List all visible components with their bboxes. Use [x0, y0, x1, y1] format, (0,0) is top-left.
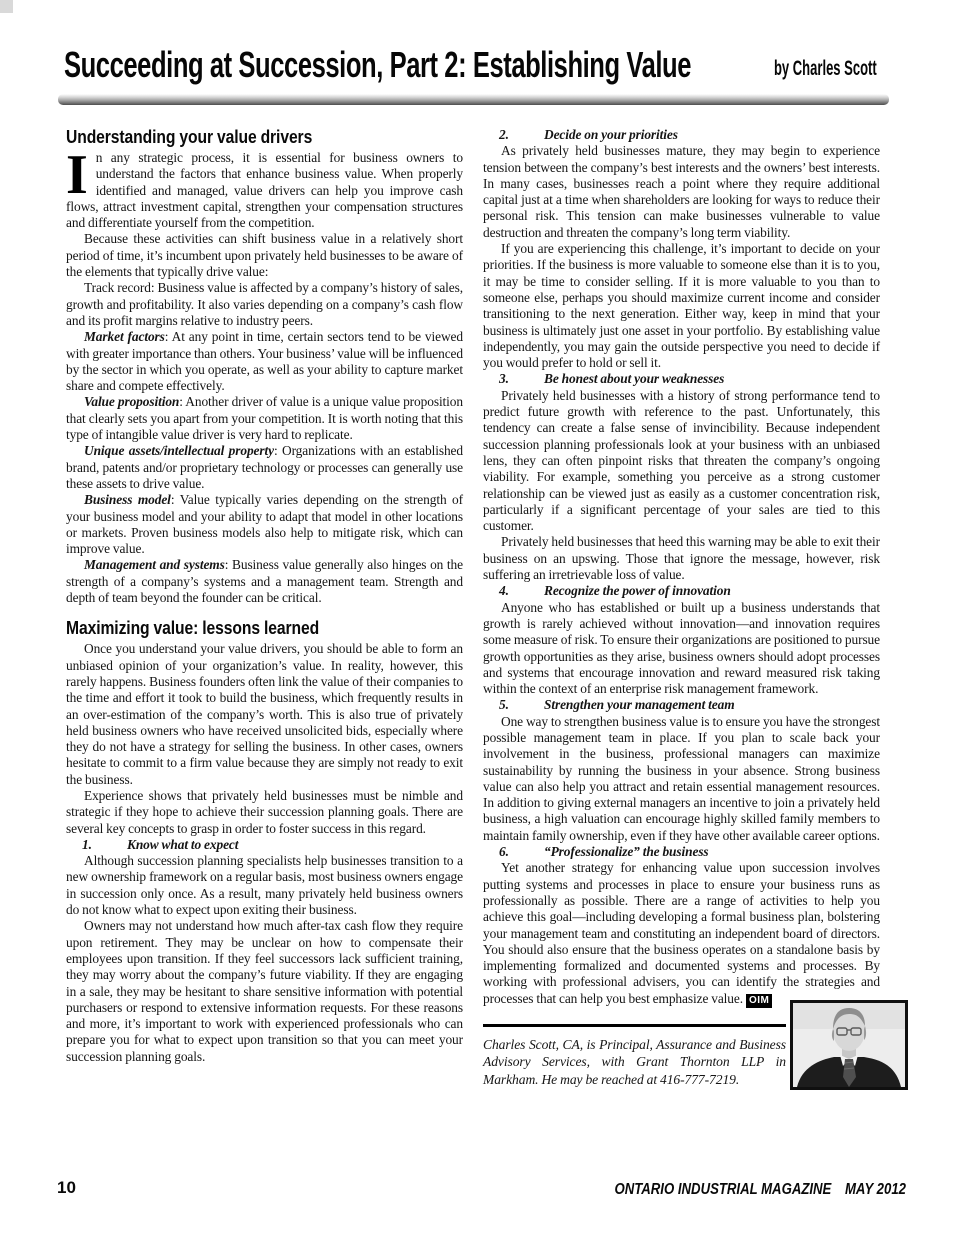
- oim-end-badge: OIM: [746, 994, 772, 1008]
- author-headshot-photo: [790, 1000, 908, 1090]
- numbered-subheading: 4.Recognize the power of innovation: [483, 583, 880, 599]
- lead-phrase: Value proposition: [84, 394, 179, 409]
- numbered-subheading: 1.Know what to expect: [66, 837, 463, 853]
- paragraph: Unique assets/intellectual property: Org…: [66, 443, 463, 492]
- paragraph: Business model: Value typically varies d…: [66, 492, 463, 557]
- paragraph: Owners may not understand how much after…: [66, 918, 463, 1065]
- footer-magazine-name: ONTARIO INDUSTRIAL MAGAZINE: [614, 1181, 831, 1198]
- paragraph: Experience shows that privately held bus…: [66, 788, 463, 837]
- paragraph: Management and systems: Business value g…: [66, 557, 463, 606]
- paragraph: Track record: Business value is affected…: [66, 280, 463, 329]
- subheading-number: 3.: [499, 371, 544, 387]
- paragraph: Yet another strategy for enhancing value…: [483, 860, 880, 1007]
- paragraph: In any strategic process, it is essentia…: [66, 150, 463, 231]
- section-heading: Understanding your value drivers: [66, 127, 411, 147]
- corner-scan-artifact: [0, 0, 13, 13]
- subheading-label: Decide on your priorities: [544, 127, 678, 142]
- subheading-label: Know what to expect: [127, 837, 238, 852]
- page-number: 10: [57, 1178, 76, 1198]
- numbered-subheading: 2.Decide on your priorities: [483, 127, 880, 143]
- bio-divider-rule: [483, 1024, 786, 1027]
- subheading-number: 1.: [82, 837, 127, 853]
- magazine-page: Succeeding at Succession, Part 2: Establ…: [0, 0, 960, 1255]
- article-column-left: Understanding your value driversIn any s…: [66, 127, 463, 1065]
- lead-phrase: Unique assets/intellectual property: [84, 443, 274, 458]
- subheading-number: 5.: [499, 697, 544, 713]
- author-byline: by Charles Scott: [774, 57, 877, 81]
- paragraph: Privately held businesses that heed this…: [483, 534, 880, 583]
- paragraph: Market factors: At any point in time, ce…: [66, 329, 463, 394]
- footer-credit: ONTARIO INDUSTRIAL MAGAZINEMAY 2012: [614, 1181, 906, 1199]
- subheading-label: Recognize the power of innovation: [544, 583, 731, 598]
- lead-phrase: Management and systems: [84, 557, 225, 572]
- subheading-label: “Professionalize” the business: [544, 844, 709, 859]
- paragraph: If you are experiencing this challenge, …: [483, 241, 880, 371]
- numbered-subheading: 3.Be honest about your weaknesses: [483, 371, 880, 387]
- paragraph: Value proposition: Another driver of val…: [66, 394, 463, 443]
- paragraph: Because these activities can shift busin…: [66, 231, 463, 280]
- lead-phrase: Market factors: [84, 329, 165, 344]
- page-title: Succeeding at Succession, Part 2: Establ…: [64, 44, 691, 86]
- lead-phrase: Business model: [84, 492, 171, 507]
- article-column-right: 2.Decide on your prioritiesAs privately …: [483, 127, 880, 1090]
- section-heading: Maximizing value: lessons learned: [66, 618, 411, 638]
- dropcap-letter: I: [66, 152, 88, 198]
- paragraph: Although succession planning specialists…: [66, 853, 463, 918]
- author-bio: Charles Scott, CA, is Principal, Assuran…: [483, 1024, 786, 1089]
- paragraph: Anyone who has established or built up a…: [483, 600, 880, 698]
- title-divider-bar: [58, 94, 889, 105]
- paragraph: Privately held businesses with a history…: [483, 388, 880, 535]
- footer-issue-date: MAY 2012: [845, 1181, 906, 1198]
- subheading-number: 2.: [499, 127, 544, 143]
- subheading-number: 4.: [499, 583, 544, 599]
- numbered-subheading: 5.Strengthen your management team: [483, 697, 880, 713]
- author-bio-text: Charles Scott, CA, is Principal, Assuran…: [483, 1036, 786, 1089]
- subheading-number: 6.: [499, 844, 544, 860]
- subheading-label: Strengthen your management team: [544, 697, 735, 712]
- paragraph: One way to strengthen business value is …: [483, 714, 880, 844]
- author-bio-block: Charles Scott, CA, is Principal, Assuran…: [483, 1024, 880, 1090]
- subheading-label: Be honest about your weaknesses: [544, 371, 724, 386]
- paragraph: Once you understand your value drivers, …: [66, 641, 463, 788]
- numbered-subheading: 6.“Professionalize” the business: [483, 844, 880, 860]
- paragraph: As privately held businesses mature, the…: [483, 143, 880, 241]
